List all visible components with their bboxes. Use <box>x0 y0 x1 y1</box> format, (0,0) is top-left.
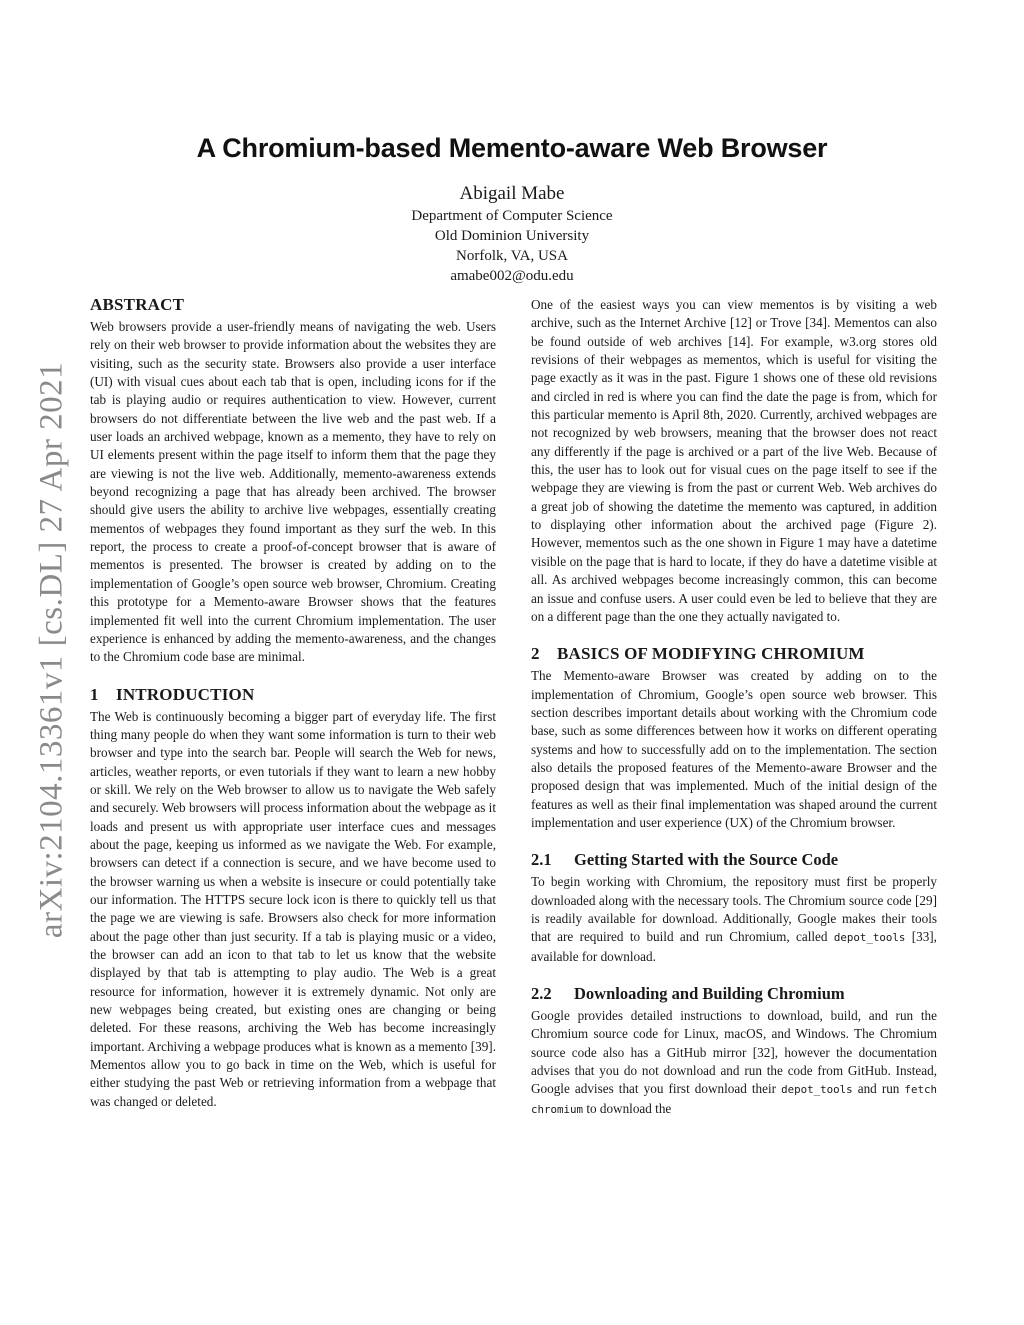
author-name: Abigail Mabe <box>0 182 1024 206</box>
section-number: 1 <box>90 684 116 706</box>
right-column: One of the easiest ways you can view mem… <box>531 296 937 1119</box>
author-location: Norfolk, VA, USA <box>0 246 1024 266</box>
subsection-heading-getting-started: 2.1Getting Started with the Source Code <box>531 849 937 871</box>
author-email: amabe002@odu.edu <box>0 266 1024 286</box>
section-heading-introduction: 1INTRODUCTION <box>90 684 496 706</box>
subsection-heading-downloading: 2.2Downloading and Building Chromium <box>531 983 937 1005</box>
code-depot-tools: depot_tools <box>834 931 906 944</box>
code-depot-tools: depot_tools <box>781 1083 853 1096</box>
intro-paragraph-1: The Web is continuously becoming a bigge… <box>90 708 496 1112</box>
text-run: and run <box>853 1081 905 1096</box>
subsection-number: 2.1 <box>531 849 574 871</box>
intro-paragraph-2: One of the easiest ways you can view mem… <box>531 296 937 626</box>
getting-started-paragraph: To begin working with Chromium, the repo… <box>531 873 937 966</box>
subsection-number: 2.2 <box>531 983 574 1005</box>
basics-paragraph: The Memento-aware Browser was created by… <box>531 667 937 832</box>
section-title: BASICS OF MODIFYING CHROMIUM <box>557 644 865 663</box>
section-number: 2 <box>531 643 557 665</box>
text-run: to download the <box>583 1101 671 1116</box>
subsection-title: Getting Started with the Source Code <box>574 850 838 869</box>
author-department: Department of Computer Science <box>0 206 1024 226</box>
abstract-heading: ABSTRACT <box>90 294 496 316</box>
arxiv-identifier-text: arXiv:2104.13361v1 [cs.DL] 27 Apr 2021 <box>34 362 71 938</box>
section-title: INTRODUCTION <box>116 685 254 704</box>
arxiv-identifier-stamp: arXiv:2104.13361v1 [cs.DL] 27 Apr 2021 <box>22 355 82 945</box>
author-block: Abigail Mabe Department of Computer Scie… <box>0 182 1024 286</box>
author-university: Old Dominion University <box>0 226 1024 246</box>
left-column: ABSTRACT Web browsers provide a user-fri… <box>90 294 496 1111</box>
section-heading-basics: 2BASICS OF MODIFYING CHROMIUM <box>531 643 937 665</box>
paper-title: A Chromium-based Memento-aware Web Brows… <box>0 133 1024 164</box>
downloading-paragraph: Google provides detailed instructions to… <box>531 1007 937 1119</box>
abstract-text: Web browsers provide a user-friendly mea… <box>90 318 496 667</box>
subsection-title: Downloading and Building Chromium <box>574 984 845 1003</box>
